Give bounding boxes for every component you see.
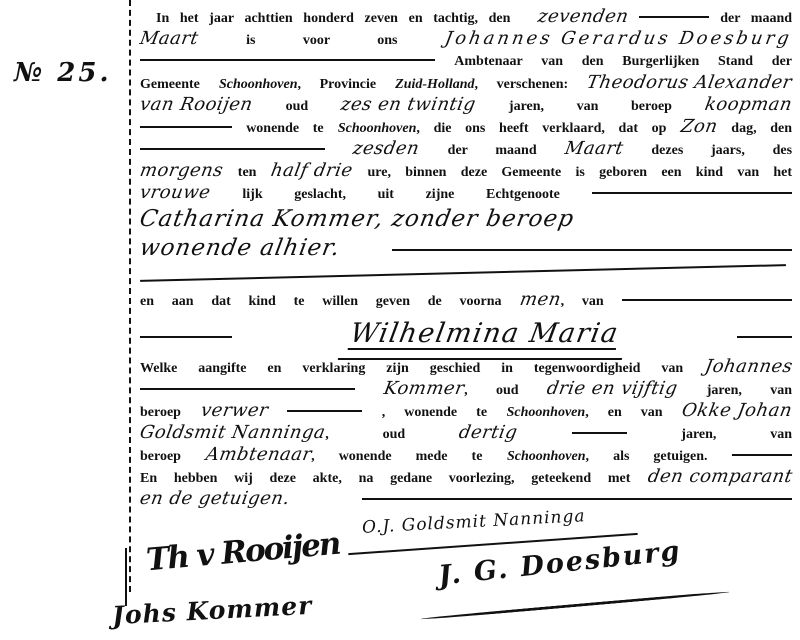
- birth-record-scan: № 25. In het jaar achttien honderd zeven…: [0, 0, 800, 640]
- signature-witness-nanninga: O.J. Goldsmit Nanninga: [362, 506, 586, 538]
- printed-text: lijk geslacht, uit zijne Echtgenoote: [242, 187, 559, 202]
- line-16: Kommer, oud drie en vijftig jaren, van: [140, 378, 792, 400]
- printed-text: , verschenen:: [475, 77, 569, 92]
- printed-text: , oud: [325, 427, 405, 442]
- filler-line: [572, 430, 627, 434]
- printed-text: , wonende te: [382, 405, 487, 420]
- filler-line: [737, 334, 792, 338]
- handwritten-entry-mother-name: Catharina Kommer, zonder beroep: [137, 204, 576, 234]
- handwritten-entry-mother-residence: wonende alhier.: [138, 234, 343, 262]
- printed-text: en aan dat kind te willen geven de voorn…: [140, 294, 502, 309]
- handwritten-entry-birthday: zesden: [351, 138, 421, 160]
- printed-text: beroep: [140, 449, 181, 464]
- handwritten-entry-declarant-firstnames: Theodorus Alexander: [585, 72, 794, 94]
- filler-line: [140, 57, 435, 61]
- printed-text: ten: [238, 165, 257, 180]
- filler-line: [140, 146, 325, 150]
- handwritten-entry-child-names: Wilhelmina Maria: [338, 312, 631, 360]
- printed-text: Ambtenaar van den Burgerlijken Stand der: [454, 54, 792, 69]
- filler-line: [592, 190, 792, 194]
- handwritten-entry-registrar-name: Johannes Gerardus Doesburg: [443, 28, 794, 50]
- handwritten-entry-day: zevenden: [520, 6, 630, 28]
- line-11: wonende alhier.: [140, 234, 792, 262]
- handwritten-entry-signers: den comparant: [646, 466, 794, 488]
- document-body: In het jaar achttien honderd zeven en ta…: [140, 6, 792, 510]
- printed-text: beroep: [140, 405, 181, 420]
- printed-text: jaren, van: [707, 383, 792, 398]
- printed-text: En hebben wij deze akte, na gedane voorl…: [140, 471, 630, 486]
- line-06: wonende te Schoonhoven, die ons heeft ve…: [140, 116, 792, 138]
- filler-line: [622, 297, 792, 301]
- signature-witness-kommer: Johs Kommer: [111, 591, 313, 630]
- handwritten-entry-witness2-firstnames: Okke Johan: [680, 400, 794, 422]
- handwritten-entry-witness1-age: drie en vijftig: [545, 378, 679, 400]
- printed-text: , als getuigen.: [586, 449, 708, 464]
- line-01: In het jaar achttien honderd zeven en ta…: [140, 6, 792, 28]
- filler-line: [140, 124, 232, 128]
- filler-line: [140, 386, 355, 390]
- filler-line: [287, 408, 362, 412]
- handwritten-entry-weekday: Zon: [679, 116, 719, 138]
- filler-line: [140, 264, 786, 282]
- signature-declarant-rooijen: Th v Rooijen: [145, 526, 341, 579]
- signature-flourish: [420, 590, 729, 620]
- handwritten-entry-daypart: morgens: [138, 160, 225, 182]
- line-13: en aan dat kind te willen geven de voorn…: [140, 288, 792, 312]
- line-21: en de getuigen.: [140, 488, 792, 510]
- printed-text: , van: [561, 294, 604, 309]
- printed-text-italic: Schoonhoven: [507, 449, 586, 464]
- line-08: morgens ten half drie ure, binnen deze G…: [140, 160, 792, 182]
- printed-text: ure, binnen deze Gemeente is geboren een…: [368, 165, 793, 180]
- printed-text-italic: Schoonhoven: [507, 405, 586, 420]
- filler-line: [392, 247, 792, 251]
- printed-text: Gemeente: [140, 77, 200, 92]
- handwritten-entry-word: men: [518, 288, 563, 312]
- line-14: Wilhelmina Maria: [140, 312, 792, 356]
- line-09: vrouwe lijk geslacht, uit zijne Echtgeno…: [140, 182, 792, 204]
- printed-text-italic: Zuid-Holland: [395, 77, 474, 92]
- filler-line: [639, 14, 709, 18]
- printed-text: Welke aangifte en verklaring zijn geschi…: [140, 361, 683, 376]
- line-10: Catharina Kommer, zonder beroep: [140, 204, 792, 234]
- filler-line: [732, 452, 792, 456]
- handwritten-entry-declarant-occupation: koopman: [703, 94, 794, 116]
- printed-text: , oud: [464, 383, 518, 398]
- handwritten-entry-witness1-firstname: Johannes: [703, 356, 794, 378]
- printed-text: der maand: [448, 143, 537, 158]
- printed-text: der maand: [720, 11, 792, 26]
- handwritten-entry-declarant-surname: van Rooijen: [138, 94, 254, 116]
- margin-divider-line: [129, 0, 131, 592]
- line-07: zesden der maand Maart dezes jaars, des: [140, 138, 792, 160]
- line-05: van Rooijen oud zes en twintig jaren, va…: [140, 94, 792, 116]
- handwritten-entry-witness1-surname: Kommer: [382, 378, 466, 400]
- printed-text: is voor ons: [246, 33, 397, 48]
- line-17: beroep verwer , wonende te Schoonhoven, …: [140, 400, 792, 422]
- handwritten-entry-witness2-age: dertig: [457, 422, 519, 444]
- filler-line: [362, 496, 792, 500]
- handwritten-entry-signers-continued: en de getuigen.: [138, 488, 292, 510]
- line-20: En hebben wij deze akte, na gedane voorl…: [140, 466, 792, 488]
- filler-line: [140, 334, 232, 338]
- line-04: Gemeente Schoonhoven, Provincie Zuid-Hol…: [140, 72, 792, 94]
- margin-divider-line-segment: [125, 548, 127, 606]
- line-19: beroep Ambtenaar, wonende mede te Schoon…: [140, 444, 792, 466]
- printed-text: , Provincie: [298, 77, 377, 92]
- printed-text: wonende te: [246, 121, 323, 136]
- line-03: Ambtenaar van den Burgerlijken Stand der: [140, 50, 792, 72]
- printed-text: , wonende mede te: [311, 449, 482, 464]
- handwritten-entry-month: Maart: [138, 28, 200, 50]
- handwritten-entry-witness2-occupation: Ambtenaar: [204, 444, 314, 466]
- printed-text-italic: Schoonhoven: [219, 77, 298, 92]
- printed-text: oud: [286, 99, 309, 114]
- printed-text: In het jaar achttien honderd zeven en ta…: [156, 11, 510, 26]
- line-02: Maart is voor ons Johannes Gerardus Does…: [140, 28, 792, 50]
- handwritten-entry-witness1-occupation: verwer: [199, 400, 270, 422]
- printed-text: jaren, van beroep: [509, 99, 672, 114]
- printed-text: dezes jaars, des: [651, 143, 792, 158]
- line-18: Goldsmit Nanninga, oud dertig jaren, van: [140, 422, 792, 444]
- handwritten-entry-declarant-age: zes en twintig: [339, 94, 477, 116]
- handwritten-entry-birthtime: half drie: [269, 160, 354, 182]
- printed-text: , en van: [585, 405, 662, 420]
- handwritten-entry-birthmonth: Maart: [563, 138, 625, 160]
- record-number: № 25.: [14, 58, 112, 88]
- handwritten-entry-gender: vrouwe: [138, 182, 212, 204]
- printed-text: jaren, van: [681, 427, 792, 442]
- printed-text-italic: Schoonhoven: [338, 121, 417, 136]
- line-12: [140, 272, 792, 288]
- printed-text: dag, den: [731, 121, 792, 136]
- printed-text: , die ons heeft verklaard, dat op: [416, 121, 666, 136]
- handwritten-entry-witness2-surname: Goldsmit Nanninga: [138, 422, 327, 444]
